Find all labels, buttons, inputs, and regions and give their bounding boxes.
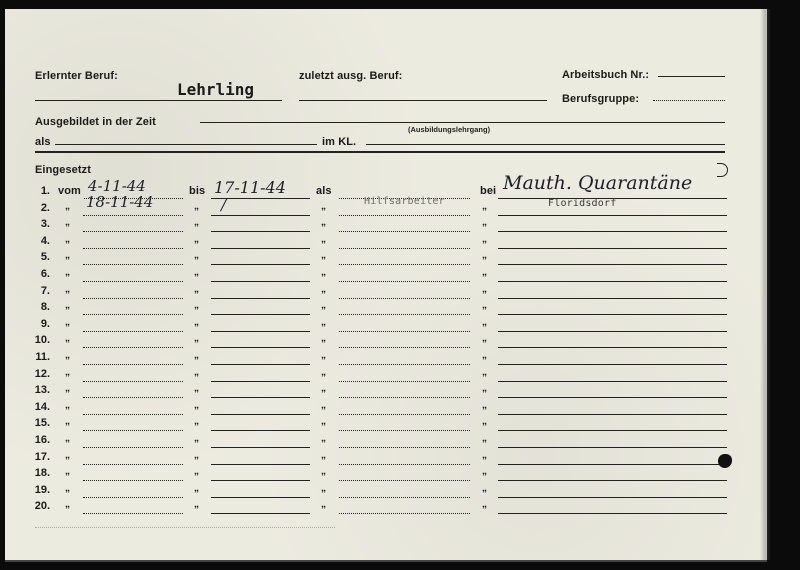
row-number: 19. [26, 484, 50, 496]
ditto-mark: „ [65, 284, 70, 295]
erlernter-beruf-label: Erlernter Beruf: [35, 70, 118, 82]
row-number: 15. [26, 417, 50, 429]
ditto-mark: „ [65, 201, 70, 212]
ditto-mark: „ [321, 250, 326, 261]
ditto-mark: „ [65, 466, 70, 477]
ditto-mark: „ [194, 333, 199, 344]
ditto-mark: „ [321, 367, 326, 378]
row-number: 11. [26, 351, 50, 363]
ditto-mark: „ [482, 400, 487, 411]
ditto-mark: „ [482, 483, 487, 494]
ditto-mark: „ [194, 383, 199, 394]
vom-label: vom [58, 185, 81, 197]
bis-field-line [211, 231, 310, 232]
vom-field-line [83, 215, 183, 216]
ditto-mark: „ [321, 284, 326, 295]
row-number: 1. [26, 185, 50, 197]
bis-field-line [211, 364, 310, 365]
vom-field-line [83, 430, 183, 431]
bis-field-line [211, 281, 310, 282]
als-field-line [339, 248, 470, 249]
vom-field-line [83, 298, 183, 299]
ditto-mark: „ [194, 267, 199, 278]
ditto-mark: „ [321, 483, 326, 494]
berufsgruppe-line [653, 100, 725, 101]
vom-field-line [83, 447, 183, 448]
vom-field-line [83, 464, 183, 465]
bei-field-line [498, 314, 727, 315]
als-field-line [339, 314, 470, 315]
ditto-mark: „ [65, 416, 70, 427]
ditto-mark: „ [482, 267, 487, 278]
bei-label: bei [480, 185, 496, 197]
ditto-mark: „ [65, 250, 70, 261]
bei-field-line [498, 298, 727, 299]
ditto-mark: „ [194, 250, 199, 261]
als-field-line [339, 364, 470, 365]
row1-bis-value: 17-11-44 [214, 178, 286, 197]
vom-field-line [83, 381, 183, 382]
vom-field-line [83, 397, 183, 398]
ditto-mark: „ [65, 483, 70, 494]
ditto-mark: „ [482, 416, 487, 427]
arbeitsbuch-label: Arbeitsbuch Nr.: [562, 69, 649, 81]
row-number: 8. [26, 301, 50, 313]
bei-field-line [498, 497, 727, 498]
ditto-mark: „ [321, 383, 326, 394]
ditto-mark: „ [321, 466, 326, 477]
bei-field-line [498, 264, 727, 265]
berufsgruppe-label: Berufsgruppe: [562, 93, 639, 105]
als-field-line [339, 231, 470, 232]
bis-field-line [211, 513, 310, 514]
ditto-mark: „ [321, 217, 326, 228]
row2-vom-value: 18-11-44 [86, 193, 153, 211]
ditto-mark: „ [194, 483, 199, 494]
eingesetzt-title: Eingesetzt [35, 164, 91, 176]
row-number: 16. [26, 434, 50, 446]
ditto-mark: „ [321, 350, 326, 361]
ditto-mark: „ [65, 217, 70, 228]
zuletzt-beruf-line [299, 100, 547, 101]
vom-field-line [83, 248, 183, 249]
bis-field-line [211, 381, 310, 382]
bis-field-line [211, 215, 310, 216]
als-field-line [339, 298, 470, 299]
ditto-mark: „ [65, 499, 70, 510]
ditto-mark: „ [194, 416, 199, 427]
ditto-mark: „ [321, 416, 326, 427]
bis-field-line [211, 314, 310, 315]
bei-field-line [498, 248, 727, 249]
ditto-mark: „ [65, 333, 70, 344]
ditto-mark: „ [194, 466, 199, 477]
bis-field-line [211, 264, 310, 265]
ditto-mark: „ [321, 433, 326, 444]
als-field-line [339, 331, 470, 332]
bis-field-line [211, 464, 310, 465]
bis-field-line [211, 298, 310, 299]
ditto-mark: „ [65, 350, 70, 361]
ditto-mark: „ [194, 433, 199, 444]
header-separator [35, 151, 725, 153]
ditto-mark: „ [194, 450, 199, 461]
ditto-mark: „ [482, 333, 487, 344]
bei-field-line [498, 215, 727, 216]
bei-field-line [498, 397, 727, 398]
ditto-mark: „ [482, 433, 487, 444]
ditto-mark: „ [321, 317, 326, 328]
vom-field-line [83, 347, 183, 348]
erlernter-beruf-value: Lehrling [177, 80, 254, 99]
als-field-line [339, 480, 470, 481]
ditto-mark: „ [482, 234, 487, 245]
ditto-mark: „ [65, 367, 70, 378]
bei-field-line [498, 414, 727, 415]
als-field-line [339, 513, 470, 514]
ditto-mark: „ [194, 300, 199, 311]
als-label: als [35, 136, 51, 148]
row-number: 7. [26, 285, 50, 297]
row2-als-stamp: Hilfsarbeiter [364, 196, 445, 207]
bis-field-line [211, 480, 310, 481]
bis-field-line [211, 331, 310, 332]
vom-field-line [83, 314, 183, 315]
als-field-line [339, 430, 470, 431]
bei-field-line [498, 381, 727, 382]
bei-field-line [498, 430, 727, 431]
ditto-mark: „ [65, 267, 70, 278]
vom-field-line [83, 480, 183, 481]
ditto-mark: „ [65, 400, 70, 411]
row-number: 20. [26, 500, 50, 512]
als-field-line [339, 264, 470, 265]
row-number: 14. [26, 401, 50, 413]
row-number: 17. [26, 451, 50, 463]
ausbildungslehrgang-caption: (Ausbildungslehrgang) [408, 125, 490, 134]
im-kl-line [366, 144, 725, 145]
ditto-mark: „ [321, 450, 326, 461]
row-number: 2. [26, 202, 50, 214]
bei-field-line [498, 364, 727, 365]
bis-field-line [211, 447, 310, 448]
ditto-mark: „ [194, 400, 199, 411]
row2-bei-stamp: Floridsdorf [548, 198, 616, 209]
vom-field-line [83, 513, 183, 514]
ditto-mark: „ [321, 499, 326, 510]
ditto-mark: „ [321, 234, 326, 245]
ditto-mark: „ [65, 450, 70, 461]
vom-field-line [83, 364, 183, 365]
bis-field-line [211, 347, 310, 348]
als-field-line [339, 347, 470, 348]
ausgebildet-label: Ausgebildet in der Zeit [35, 116, 156, 128]
ditto-mark: „ [194, 217, 199, 228]
ditto-mark: „ [482, 450, 487, 461]
als-line [55, 144, 317, 145]
vom-field-line [83, 264, 183, 265]
bis-label: bis [189, 185, 205, 197]
ditto-mark: „ [65, 433, 70, 444]
bis-field-line [211, 497, 310, 498]
ditto-mark: „ [321, 333, 326, 344]
als-field-line [339, 397, 470, 398]
bei-field-line [498, 347, 727, 348]
ditto-mark: „ [482, 300, 487, 311]
ditto-mark: „ [482, 466, 487, 477]
als-field-line [339, 281, 470, 282]
row-number: 3. [26, 218, 50, 230]
row-number: 9. [26, 318, 50, 330]
ditto-mark: „ [482, 350, 487, 361]
ditto-mark: „ [65, 317, 70, 328]
als-field-line [339, 447, 470, 448]
als-field-line [339, 381, 470, 382]
vom-field-line [83, 281, 183, 282]
row-number: 4. [26, 235, 50, 247]
zuletzt-beruf-label: zuletzt ausg. Beruf: [299, 70, 402, 82]
bei-field-line [498, 331, 727, 332]
vom-field-line [83, 331, 183, 332]
bis-field-line [211, 414, 310, 415]
ditto-mark: „ [482, 383, 487, 394]
bis-field-line [211, 430, 310, 431]
ditto-mark: „ [482, 217, 487, 228]
ditto-mark: „ [194, 284, 199, 295]
vom-field-line [83, 231, 183, 232]
arbeitsbuch-line [658, 76, 725, 77]
row-number: 13. [26, 384, 50, 396]
row2-bis-value: / [221, 196, 226, 214]
bei-field-line [498, 281, 727, 282]
row-number: 6. [26, 268, 50, 280]
ditto-mark: „ [482, 499, 487, 510]
ausgebildet-line [200, 122, 725, 123]
bei-field-line [498, 464, 727, 465]
bis-field-line [211, 397, 310, 398]
vom-field-line [83, 497, 183, 498]
ditto-mark: „ [194, 350, 199, 361]
als-field-line [339, 414, 470, 415]
bei-field-line [498, 447, 727, 448]
ditto-mark: „ [482, 250, 487, 261]
als-col-label: als [316, 185, 332, 197]
row-number: 18. [26, 467, 50, 479]
im-kl-label: im KL. [322, 136, 356, 148]
ditto-mark: „ [321, 267, 326, 278]
ditto-mark: „ [321, 300, 326, 311]
ditto-mark: „ [194, 201, 199, 212]
als-field-line [339, 464, 470, 465]
ditto-mark: „ [65, 300, 70, 311]
ditto-mark: „ [194, 367, 199, 378]
paper-edge-shadow [760, 9, 770, 560]
row-number: 12. [26, 368, 50, 380]
bei-field-line [498, 231, 727, 232]
row1-bei-value: Mauth. Quarantäne [503, 172, 692, 194]
footer-faint-line [35, 527, 335, 528]
ditto-mark: „ [482, 317, 487, 328]
als-field-line [339, 215, 470, 216]
bis-field-line [211, 248, 310, 249]
ditto-mark: „ [482, 201, 487, 212]
ditto-mark: „ [482, 284, 487, 295]
als-field-line [339, 497, 470, 498]
ditto-mark: „ [65, 234, 70, 245]
bei-field-line [498, 480, 727, 481]
ditto-mark: „ [65, 383, 70, 394]
ditto-mark: „ [482, 367, 487, 378]
ditto-mark: „ [194, 317, 199, 328]
bei-field-line [498, 513, 727, 514]
ditto-mark: „ [194, 499, 199, 510]
erlernter-beruf-line [35, 100, 282, 101]
ditto-mark: „ [321, 400, 326, 411]
ditto-mark: „ [194, 234, 199, 245]
row-number: 10. [26, 334, 50, 346]
vom-field-line [83, 414, 183, 415]
ditto-mark: „ [321, 201, 326, 212]
row-number: 5. [26, 251, 50, 263]
